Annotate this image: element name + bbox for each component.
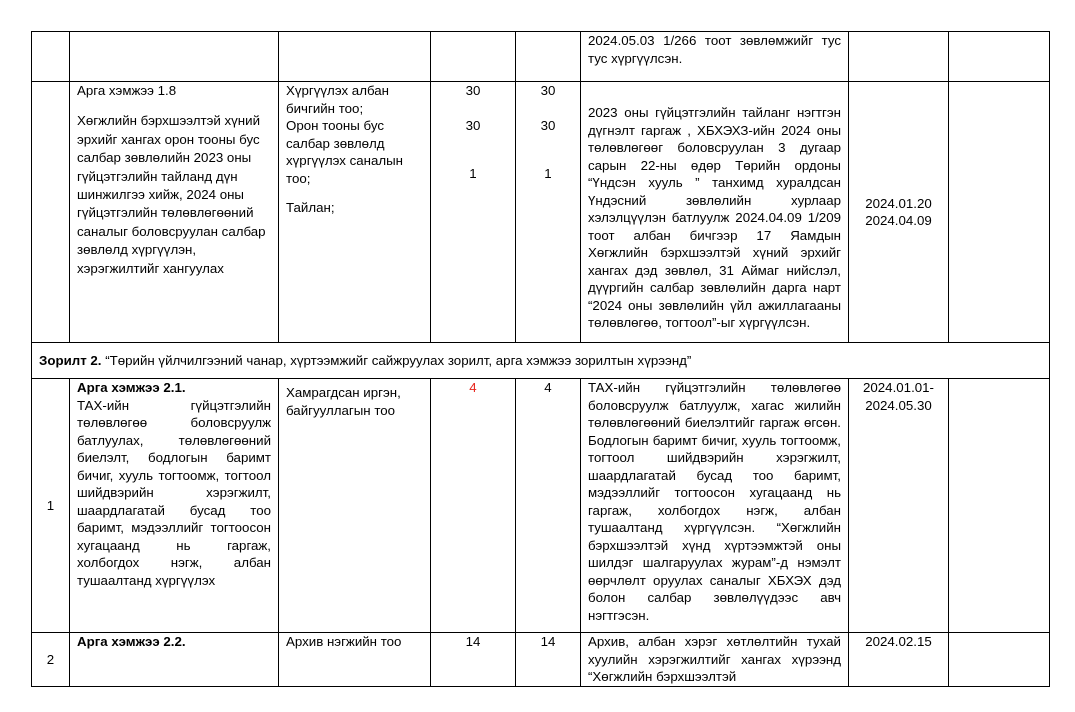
- action-text: Хөгжлийн бэрхшээлтэй хүний эрхийг хангах…: [77, 112, 271, 278]
- table-row-continued: 2024.05.03 1/266 тоот зөвлөмжийг тус тус…: [32, 32, 1050, 82]
- table-row-action-2-1: 1 Арга хэмжээ 2.1. ТАХ-ийн гүйцэтгэлийн …: [32, 379, 1050, 633]
- date-cell: [849, 32, 949, 82]
- report-cell: ТАХ-ийн гүйцэтгэлийн төлөвлөгөө боловсру…: [581, 379, 849, 633]
- table-row-action-2-2: 2 Арга хэмжээ 2.2. Архив нэгжийн тоо 14 …: [32, 633, 1050, 687]
- date-1: 2024.01.20: [856, 195, 941, 213]
- actual-1: 30: [523, 82, 573, 100]
- objective-text: “Төрийн үйлчилгээний чанар, хүртээмжийг …: [102, 353, 692, 368]
- planned-cell: 14: [431, 633, 516, 687]
- indicator-cell: [279, 32, 431, 82]
- note-cell: [949, 82, 1050, 343]
- indicator-cell: Хамрагдсан иргэн, байгууллагын тоо: [279, 379, 431, 633]
- action-cell: Арга хэмжээ 1.8 Хөгжлийн бэрхшээлтэй хүн…: [70, 82, 279, 343]
- indicator-3: Тайлан;: [286, 199, 423, 217]
- actual-cell: 4: [516, 379, 581, 633]
- date-2: 2024.04.09: [856, 212, 941, 230]
- actual-cell: 30 30 1: [516, 82, 581, 343]
- planned-cell: 30 30 1: [431, 82, 516, 343]
- actual-3: 1: [523, 165, 573, 183]
- indicator-cell: Архив нэгжийн тоо: [279, 633, 431, 687]
- number-cell: 1: [32, 379, 70, 633]
- note-cell: [949, 379, 1050, 633]
- objective-label: Зорилт 2.: [39, 353, 102, 368]
- action-title: Арга хэмжээ 2.1.: [77, 379, 271, 397]
- indicator-2: Орон тооны бус салбар зөвлөлд хүргүүлэх …: [286, 117, 423, 187]
- planned-3: 1: [438, 165, 508, 183]
- action-cell: [70, 32, 279, 82]
- report-cell: 2023 оны гүйцэтгэлийн тайланг нэгтгэн дү…: [581, 82, 849, 343]
- note-cell: [949, 633, 1050, 687]
- action-cell: Арга хэмжээ 2.2.: [70, 633, 279, 687]
- indicator-1: Хүргүүлэх албан бичгийн тоо;: [286, 82, 423, 117]
- actual-cell: 14: [516, 633, 581, 687]
- action-text: ТАХ-ийн гүйцэтгэлийн төлөвлөгөө боловсру…: [77, 397, 271, 590]
- planned-cell: 4: [431, 379, 516, 633]
- date-cell: 2024.02.15: [849, 633, 949, 687]
- date-cell: 2024.01.01-2024.05.30: [849, 379, 949, 633]
- objective-row: Зорилт 2. “Төрийн үйлчилгээний чанар, хү…: [32, 343, 1050, 379]
- action-cell: Арга хэмжээ 2.1. ТАХ-ийн гүйцэтгэлийн тө…: [70, 379, 279, 633]
- action-plan-table: 2024.05.03 1/266 тоот зөвлөмжийг тус тус…: [31, 31, 1050, 687]
- action-title: Арга хэмжээ 1.8: [77, 82, 271, 100]
- note-cell: [949, 32, 1050, 82]
- planned-2: 30: [438, 117, 508, 135]
- number-cell: [32, 32, 70, 82]
- actual-cell: [516, 32, 581, 82]
- number-cell: 2: [32, 633, 70, 687]
- actual-2: 30: [523, 117, 573, 135]
- indicator: Хамрагдсан иргэн, байгууллагын тоо: [286, 384, 423, 419]
- indicator-cell: Хүргүүлэх албан бичгийн тоо; Орон тооны …: [279, 82, 431, 343]
- report-text: 2023 оны гүйцэтгэлийн тайланг нэгтгэн дү…: [588, 104, 841, 332]
- report-cell: 2024.05.03 1/266 тоот зөвлөмжийг тус тус…: [581, 32, 849, 82]
- planned-1: 30: [438, 82, 508, 100]
- number-cell: [32, 82, 70, 343]
- planned-cell: [431, 32, 516, 82]
- report-cell: Архив, албан хэрэг хөтлөлтийн тухай хуул…: [581, 633, 849, 687]
- table-row-action-1-8: Арга хэмжээ 1.8 Хөгжлийн бэрхшээлтэй хүн…: [32, 82, 1050, 343]
- date-cell: 2024.01.20 2024.04.09: [849, 82, 949, 343]
- objective-cell: Зорилт 2. “Төрийн үйлчилгээний чанар, хү…: [32, 343, 1050, 379]
